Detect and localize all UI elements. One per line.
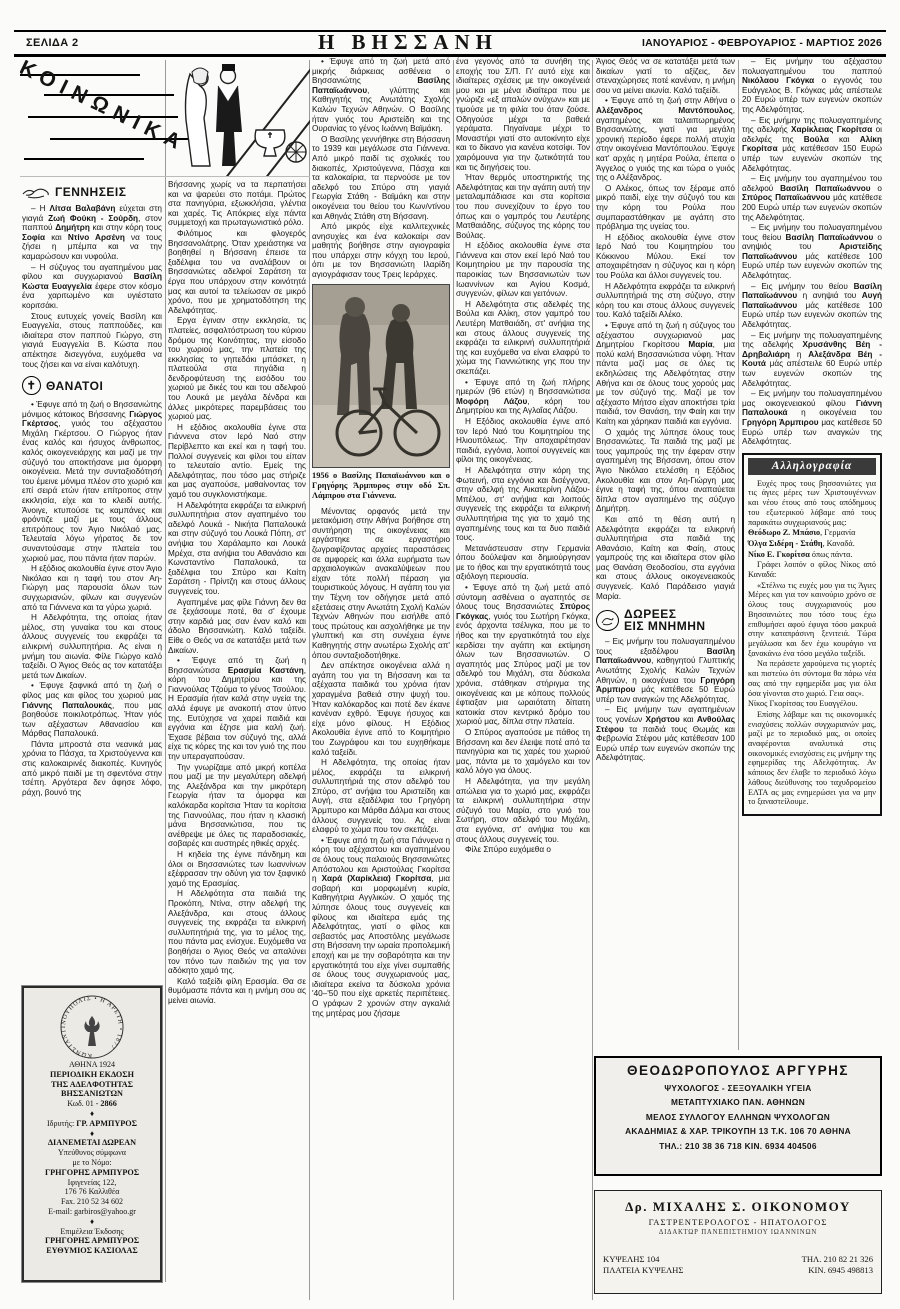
paragraph: • Έφυγε ξαφνικά από τη ζωή ο φίλος μας κ…: [22, 681, 162, 739]
masthead-line: ΤΗΣ ΑΔΕΛΦΟΤΗΤΑΣ: [28, 1080, 156, 1090]
issue-date: ΙΑΝΟΥΑΡΙΟΣ - ΦΕΒΡΟΥΑΡΙΟΣ - ΜΑΡΤΙΟΣ 2026: [590, 37, 886, 49]
ad-line: ΨΥΧΟΛΟΓΟΣ - ΣΕΞΟΥΑΛΙΚΗ ΥΓΕΙΑ: [602, 1083, 874, 1093]
wedding-couple-illustration: [170, 62, 256, 174]
paragraph: Η Αδελφότητα στην κόρη της Φωτεινή, στα …: [456, 466, 590, 543]
masthead-line: Κωδ. 01 - 2866: [28, 1099, 156, 1109]
paragraph: Ο Σπύρος αγαπούσε με πάθος τη Βήσσανη κα…: [456, 728, 590, 776]
births-heading-label: ΓΕΝΝΗΣΕΙΣ: [55, 185, 126, 199]
paragraph: Μένοντας ορφανός μετά την μετακόμιση στη…: [312, 507, 450, 661]
masthead-line: Fax. 210 52 34 602: [28, 1197, 156, 1207]
newspaper-title: Η ΒΗΣΣΑΝΗ: [226, 30, 590, 55]
ad-psychologist-title: ΘΕΟΔΩΡΟΠΟΥΛΟΣ ΑΡΓΥΡΗΣ: [602, 1063, 874, 1078]
masthead-line: Ιφιγενείας 122,: [28, 1178, 156, 1188]
masthead-box: ΚΩΝΣΤΑΝΤΙΝΟΥΠΟΛΙΣ • Η ΑΡΕΤΗ • 1877 ΑΘΗΝΑ…: [22, 986, 162, 1282]
paragraph: Βήσσανης χωρίς να τα περπατήσει και να ψ…: [168, 180, 306, 228]
ad-psychologist: ΘΕΟΔΩΡΟΠΟΥΛΟΣ ΑΡΓΥΡΗΣ ΨΥΧΟΛΟΓΟΣ - ΣΕΞΟΥΑ…: [594, 1056, 882, 1176]
kinonika-art-banner: ΚΟΙΝΩΝΙΚΑ: [20, 60, 310, 177]
paragraph: Η εξόδιος ακολουθία έγινε στα Γιάννενα σ…: [168, 423, 306, 500]
letter-paragraph: Νίκο Ε. Γκορίτσα όπως πάντα.: [748, 550, 876, 560]
paragraph: • Έφυγε από τη ζωή η Βησσανιώτισα Ερασμί…: [168, 656, 306, 762]
donation-entry: – Εις μνήμην των αγαπημένων τους γονέων …: [596, 705, 735, 763]
paragraph: – Η σύζυγος του αγαπημένου μας φίλου και…: [22, 263, 162, 311]
brotherhood-emblem: ΚΩΝΣΤΑΝΤΙΝΟΥΠΟΛΙΣ • Η ΑΡΕΤΗ • 1877: [59, 994, 125, 1060]
letter-paragraph: Θεόδωρο Ζ. Μπάσιο, Γερμανία: [748, 528, 876, 538]
masthead-line: ΔΙΑΝΕΜΕΤΑΙ ΔΩΡΕΑΝ: [28, 1138, 156, 1148]
masthead-line: ♦: [28, 1109, 156, 1119]
column-1: ΓΕΝΝΗΣΕΙΣ – Η Λίτσα Βαλαβάνη εύχεται στη…: [22, 178, 162, 978]
newspaper-page: { "header": { "page": "ΣΕΛΙΔΑ 2", "title…: [0, 0, 900, 1309]
ad-doctor-credentials: ΔΙΔΑΚΤΩΡ ΠΑΝΕΠΙΣΤΗΜΙΟΥ ΙΩΑΝΝΙΝΩΝ: [603, 1229, 873, 1236]
paragraph: Φιλότιμος και φλογερός Βησσανολάτρης. Ότ…: [168, 229, 306, 315]
deaths-heading-label: ΘΑΝΑΤΟΙ: [46, 379, 103, 393]
paragraph: Η κηδεία της έγινε πάνδημη και όλοι οι Β…: [168, 850, 306, 888]
letter-paragraph: Όλγα Σιδέρη - Στάθη, Καναδά.: [748, 539, 876, 549]
masthead-line: ♦: [28, 1129, 156, 1139]
paragraph: Η Αδελφότητα εκφράζει τα ειλικρινή συλλυ…: [596, 282, 735, 320]
donations-heading-line2: ΕΙΣ ΜΝΗΜΗΝ: [624, 619, 706, 633]
letters-list: Ευχές προς τους βησσανιώτες για τις άγιε…: [748, 479, 876, 807]
paragraph: Ο Αλέκος, όπως τον ξέραμε από μικρό παιδ…: [596, 184, 735, 232]
masthead-line: ΑΘΗΝΑ 1924: [28, 1060, 156, 1070]
obituary-papaioannou-top: • Έφυγε από τη ζωή μετά από μικρής διάρκ…: [312, 57, 450, 280]
ad-doctor-address-line2: ΠΛΑΤΕΙΑ ΚΥΨΕΛΗΣ: [603, 1265, 683, 1276]
paragraph: Η Αδελφότητα, της οποίας ήταν μέλος, στη…: [22, 613, 162, 680]
column-6: – Εις μνήμην του αξέχαστου πολυαγαπημένο…: [742, 57, 882, 1050]
paragraph: Η Αδελφότητα, της οποίας ήταν μέλος, εκφ…: [312, 758, 450, 835]
ad-doctor-title: Δρ. ΜΙΧΑΛΗΣ Σ. ΟΙΚΟΝΟΜΟΥ: [603, 1199, 873, 1215]
paragraph: Η Αδελφότητα στις αδελφές της Βούλα και …: [456, 300, 590, 377]
letter-paragraph: «Στέλνω τις ευχές μου για τις Άγιες Μέρε…: [748, 581, 876, 659]
births-section-heading: ΓΕΝΝΗΣΕΙΣ: [22, 185, 162, 199]
letter-paragraph: Ευχές προς τους βησσανιώτες για τις άγιε…: [748, 479, 876, 528]
deaths-list-col5: Άγιος Θεός να σε κατατάξει μετά των δικα…: [596, 57, 735, 601]
ad-line: ΜΕΛΟΣ ΣΥΛΛΟΓΟΥ ΕΛΛΗΝΩΝ ΨΥΧΟΛΟΓΩΝ: [602, 1112, 874, 1122]
masthead-line: 176 76 Καλλιθέα: [28, 1187, 156, 1197]
donation-entry: – Εις μνήμην του αξέχαστου πολυαγαπημένο…: [742, 57, 882, 115]
deaths-list-col2: Βήσσανης χωρίς να τα περπατήσει και να ψ…: [168, 180, 306, 1005]
donation-entry: – Εις μνήμην του πολυαγαπημένου μας οικο…: [742, 389, 882, 447]
masthead-line: ΕΥΘΥΜΙΟΣ ΚΑΣΙΟΛΑΣ: [28, 1246, 156, 1256]
masthead-line: E-mail: garbiros@yahoo.gr: [28, 1207, 156, 1217]
paragraph: • Έφυγε από τη ζωή στα Γιάννενα η κόρη τ…: [312, 836, 450, 1018]
stork-flourish-icon: [22, 186, 50, 199]
deaths-section-heading: ✝ ΘΑΝΑΤΟΙ: [22, 376, 162, 395]
masthead-line: ♦: [28, 1217, 156, 1227]
bw-photo-boys-bicycle: [312, 284, 450, 468]
page-number: ΣΕΛΙΔΑ 2: [14, 37, 226, 49]
ad-doctor-specialty: ΓΑΣΤΡΕΝΤΕΡΟΛΟΓΟΣ - ΗΠΑΤΟΛΟΓΟΣ: [603, 1217, 873, 1227]
donation-entry: – Εις μνήμην της πολυαγαπημένης της αδελ…: [742, 116, 882, 174]
paragraph: Και από τη θέση αυτή η Αδελφότητα εκφράζ…: [596, 515, 735, 601]
masthead-line: Επιμέλεια Έκδοσης: [28, 1227, 156, 1237]
donation-entry: – Εις μνήμην του αγαπημένου του αδελφού …: [742, 174, 882, 222]
donation-entry: – Εις μνήμην του θείου Βασίλη Παπαϊωάννο…: [742, 282, 882, 330]
masthead-line: ΠΕΡΙΟΔΙΚΗ ΕΚΔΟΣΗ: [28, 1070, 156, 1080]
torch-icon: [84, 1016, 99, 1046]
column-5: Άγιος Θεός να σε κατατάξει μετά των δικα…: [596, 57, 735, 1050]
paragraph: – Η Λίτσα Βαλαβάνη εύχεται στη γιαγιά Ζω…: [22, 204, 162, 262]
letter-paragraph: Νίκος Γκορίτσας του Ευαγγέλου.: [748, 699, 876, 709]
paragraph: Μετανάστευσαν στην Γερμανία όπου δούλεψα…: [456, 544, 590, 582]
column-divider: [738, 60, 739, 1050]
trophy-and-wheel-doodle: [248, 112, 308, 170]
masthead-line: με το Νόμο:: [28, 1158, 156, 1168]
ad-line: ΜΕΤΑΠΤΥΧΙΑΚΟ ΠΑΝ. ΑΘΗΝΩΝ: [602, 1097, 874, 1107]
obituary-papaioannou-bottom: Μένοντας ορφανός μετά την μετακόμιση στη…: [312, 507, 450, 1018]
paragraph: • Έφυγε από τη ζωή ο Βησσανιώτης μόνιμος…: [22, 400, 162, 563]
letter-paragraph: Επίσης λάβαμε και τις οικονομικές ενισχύ…: [748, 710, 876, 807]
masthead-line: ΒΗΣΣΑΝΙΩΤΩΝ: [28, 1089, 156, 1099]
masthead-line: Ιδρυτής: ΓΡ. ΑΡΜΠΥΡΟΣ: [28, 1119, 156, 1129]
masthead-line: Υπεύθυνος σύμφωνα: [28, 1148, 156, 1158]
paragraph: Πάντα μπροστά στα νεανικά μας χρόνια το …: [22, 740, 162, 798]
deaths-list-col1: • Έφυγε από τη ζωή ο Βησσανιώτης μόνιμος…: [22, 400, 162, 797]
paragraph: Την γνωρίζαμε από μικρή κοπέλα που μαζί …: [168, 763, 306, 849]
letters-heading: Αλληλογραφία: [748, 458, 876, 475]
ad-doctor: Δρ. ΜΙΧΑΛΗΣ Σ. ΟΙΚΟΝΟΜΟΥ ΓΑΣΤΡΕΝΤΕΡΟΛΟΓΟ…: [594, 1190, 882, 1294]
brotherhood-mini-emblem-icon: [596, 610, 619, 631]
paragraph: Ο Βασίλης γεννήθηκε στη Βήσσανη το 1939 …: [312, 135, 450, 221]
decorative-line: [24, 158, 144, 160]
ad-line: ΑΚΑΔΗΜΙΑΣ & ΧΑΡ. ΤΡΙΚΟΥΠΗ 13 Τ.Κ. 106 70…: [602, 1126, 874, 1136]
paragraph: • Έφυγε από τη ζωή μετά από μικρής διάρκ…: [312, 57, 450, 134]
paragraph: • Έφυγε από τη ζωή η σύζυγος του αξέχαστ…: [596, 321, 735, 427]
photo-block: 1956 ο Βασίλης Παπαϊωάννου και ο Γρηγόρη…: [312, 284, 450, 501]
ad-doctor-phone: ΤΗΛ. 210 82 21 326: [802, 1254, 873, 1265]
paragraph: • Έφυγε από τη ζωή πλήρης ημερών (96 ετώ…: [456, 378, 590, 416]
column-divider: [592, 60, 593, 1300]
ad-doctor-contact-row: ΚΥΨΕΛΗΣ 104 ΠΛΑΤΕΙΑ ΚΥΨΕΛΗΣ ΤΗΛ. 210 82 …: [603, 1254, 873, 1276]
births-list: – Η Λίτσα Βαλαβάνη εύχεται στη γιαγιά Ζω…: [22, 204, 162, 369]
paragraph: Φίλε Σπύρο ευχόμεθα ο: [456, 845, 590, 855]
donation-entry: – Εις μνήμην του πολυαγαπημένου τους εξα…: [596, 637, 735, 704]
donation-entry: – Εις μνήμην του πολυαγαπημένου τους θεί…: [742, 223, 882, 281]
ad-doctor-address: ΚΥΨΕΛΗΣ 104 ΠΛΑΤΕΙΑ ΚΥΨΕΛΗΣ: [603, 1254, 683, 1276]
column-divider: [309, 60, 310, 1300]
paragraph: Ο χαμός της λύπησε όλους τους Βησσανιώτε…: [596, 428, 735, 514]
paragraph: • Έφυγε από τη ζωή στην Αθήνα ο Αλέξανδρ…: [596, 96, 735, 182]
donations-list-col6: – Εις μνήμην του αξέχαστου πολυαγαπημένο…: [742, 57, 882, 447]
paragraph: Ήταν θερμός υποστηρικτής της Αδελφότητας…: [456, 173, 590, 240]
deaths-list-col4: ένα γεγονός από τα συνήθη της εποχής του…: [456, 57, 590, 855]
ad-line: ΤΗΛ.: 210 38 36 718 ΚΙΝ. 6934 404506: [602, 1141, 874, 1151]
donations-heading-label: ΔΩΡΕΕΣ ΕΙΣ ΜΝΗΜΗΝ: [624, 608, 706, 632]
ad-doctor-mobile: ΚΙΝ. 6945 498813: [802, 1265, 873, 1276]
page-header: ΣΕΛΙΔΑ 2 Η ΒΗΣΣΑΝΗ ΙΑΝΟΥΑΡΙΟΣ - ΦΕΒΡΟΥΑΡ…: [14, 31, 886, 54]
paragraph: Η Αδελφότητα στα παιδιά της Προκόπη, Ντί…: [168, 889, 306, 975]
paragraph: Η Αδελφότητα εκφράζει τα ειλικρινή συλλυ…: [168, 501, 306, 597]
ad-doctor-address-line1: ΚΥΨΕΛΗΣ 104: [603, 1254, 683, 1265]
cross-icon: ✝: [22, 376, 41, 395]
letter-paragraph: Γράφει λοιπόν ο φίλος Νίκος από Καναδά:: [748, 560, 876, 579]
letter-paragraph: Να περάσετε χαρούμενα τις γιορτές και πι…: [748, 659, 876, 698]
letters-box: Αλληλογραφία Ευχές προς τους βησσανιώτες…: [742, 453, 882, 816]
column-3: • Έφυγε από τη ζωή μετά από μικρής διάρκ…: [312, 57, 450, 1302]
paragraph: Η εξόδιος ακολουθία έγινε στον Ιερό Ναό …: [596, 233, 735, 281]
paragraph: Από μικρός είχε καλλιτεχνικές ανησυχίες …: [312, 222, 450, 280]
photo-caption: 1956 ο Βασίλης Παπαϊωάννου και ο Γρηγόρη…: [312, 471, 450, 501]
paragraph: Στους ευτυχείς γονείς Βασίλη και Ευαγγελ…: [22, 312, 162, 370]
paragraph: Εργα έγιναν στην εκκλησία, τις πλατείες,…: [168, 316, 306, 422]
paragraph: Άγιος Θεός να σε κατατάξει μετά των δικα…: [596, 57, 735, 95]
donation-entry: – Εις μνήμην της πολυαγαπημένης της αδελ…: [742, 331, 882, 389]
paragraph: ένα γεγονός από τα συνήθη της εποχής του…: [456, 57, 590, 172]
ad-psychologist-lines: ΨΥΧΟΛΟΓΟΣ - ΣΕΞΟΥΑΛΙΚΗ ΥΓΕΙΑΜΕΤΑΠΤΥΧΙΑΚΟ…: [602, 1083, 874, 1151]
paragraph: Αγαπημένε μας φίλε Γιάννη δεν θα σε ξεχά…: [168, 598, 306, 656]
paragraph: Δεν απέκτησε οικογένεια αλλά η αγάπη του…: [312, 661, 450, 757]
column-divider: [165, 60, 166, 1282]
masthead-line: ΓΡΗΓΟΡΗΣ ΑΡΜΠΥΡΟΣ: [28, 1236, 156, 1246]
paragraph: Η εξόδιος ακολουθία έγινε στα Γιάννενα κ…: [456, 241, 590, 299]
column-divider: [453, 60, 454, 1300]
donations-section-heading: ΔΩΡΕΕΣ ΕΙΣ ΜΝΗΜΗΝ: [596, 608, 735, 632]
paragraph: Η Εξόδιος ακολουθία έγινε από τον Ιερό Ν…: [456, 417, 590, 465]
paragraph: Καλό ταξείδι φίλη Ερασμία. Θα σε θυμόμασ…: [168, 977, 306, 1006]
paragraph: Η Αδελφότητα, για την μεγάλη απώλεια για…: [456, 777, 590, 844]
paragraph: Η εξόδιος ακολουθία έγινε στον Άγιο Νικό…: [22, 564, 162, 612]
column-4: ένα γεγονός από τα συνήθη της εποχής του…: [456, 57, 590, 1302]
masthead-lines: ΑΘΗΝΑ 1924ΠΕΡΙΟΔΙΚΗ ΕΚΔΟΣΗΤΗΣ ΑΔΕΛΦΟΤΗΤΑ…: [28, 1060, 156, 1256]
paragraph: • Έφυγε από τη ζωή μετά από σύντομη ασθέ…: [456, 583, 590, 727]
donations-list-col5: – Εις μνήμην του πολυαγαπημένου τους εξα…: [596, 637, 735, 763]
masthead-line: ΓΡΗΓΟΡΗΣ ΑΡΜΠΥΡΟΣ: [28, 1168, 156, 1178]
column-2: Βήσσανης χωρίς να τα περπατήσει και να ψ…: [168, 180, 306, 1282]
ad-doctor-phones: ΤΗΛ. 210 82 21 326 ΚΙΝ. 6945 498813: [802, 1254, 873, 1276]
